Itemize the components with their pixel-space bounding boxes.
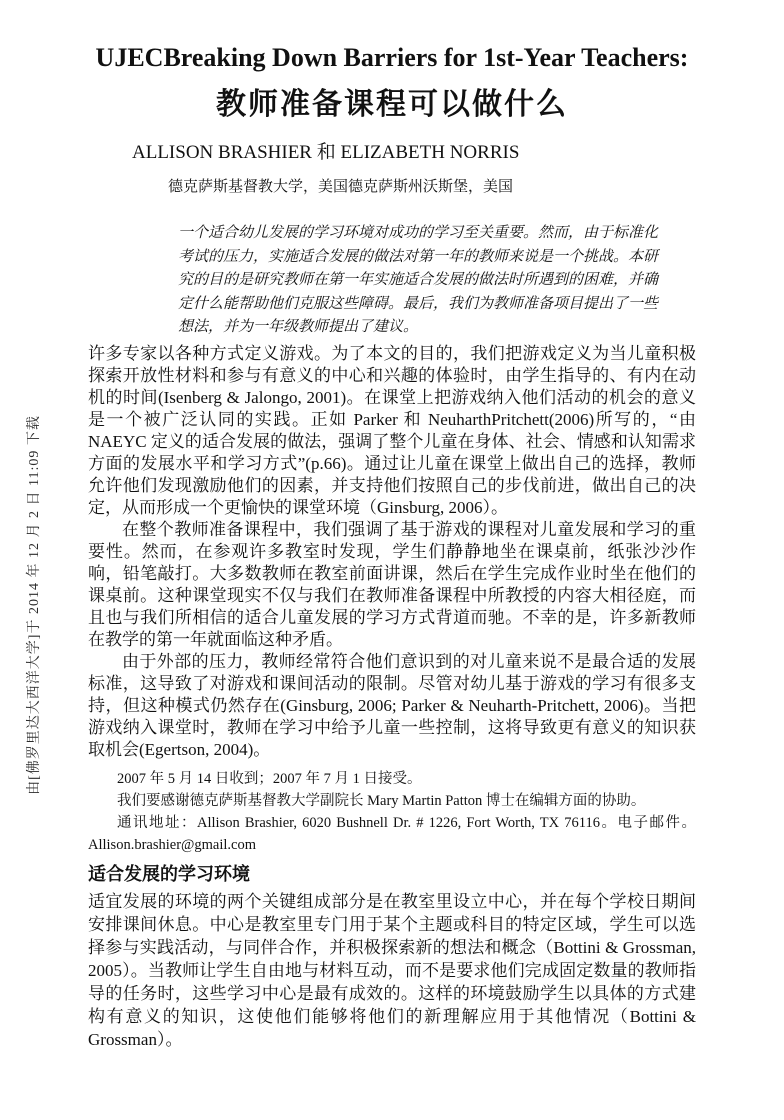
article-body: 许多专家以各种方式定义游戏。为了本文的目的，我们把游戏定义为当儿童积极探索开放性… [88,343,696,761]
footnotes-block: 2007 年 5 月 14 日收到；2007 年 7 月 1 日接受。 我们要感… [88,768,696,856]
footnote-correspondence: 通讯地址：Allison Brashier, 6020 Bushnell Dr.… [88,812,696,856]
section-heading: 适合发展的学习环境 [88,862,696,886]
affiliation-line: 德克萨斯基督教大学，美国德克萨斯州沃斯堡，美国 [168,178,696,197]
footnote-received-accepted: 2007 年 5 月 14 日收到；2007 年 7 月 1 日接受。 [88,768,696,790]
document-page: 由[佛罗里达大西洋大学]于 2014 年 12 月 2 日 11:09 下载 U… [0,0,784,1120]
article-title-english: UJECBreaking Down Barriers for 1st-Year … [88,42,696,74]
download-watermark: 由[佛罗里达大西洋大学]于 2014 年 12 月 2 日 11:09 下载 [23,415,43,795]
article-title-chinese: 教师准备课程可以做什么 [88,86,696,124]
body-paragraph-1: 许多专家以各种方式定义游戏。为了本文的目的，我们把游戏定义为当儿童积极探索开放性… [88,343,696,519]
article-content: UJECBreaking Down Barriers for 1st-Year … [88,0,696,1051]
footnote-acknowledgement: 我们要感谢德克萨斯基督教大学副院长 Mary Martin Patton 博士在… [88,790,696,812]
body-paragraph-3: 由于外部的压力，教师经常符合他们意识到的对儿童来说不是最合适的发展标准，这导致了… [88,651,696,761]
section-paragraph: 适宜发展的环境的两个关键组成部分是在教室里设立中心，并在每个学校日期间安排课间休… [88,890,696,1051]
authors-line: ALLISON BRASHIER 和 ELIZABETH NORRIS [132,141,696,164]
body-paragraph-2: 在整个教师准备课程中，我们强调了基于游戏的课程对儿童发展和学习的重要性。然而，在… [88,519,696,651]
abstract-text: 一个适合幼儿发展的学习环境对成功的学习至关重要。然而，由于标准化考试的压力，实施… [178,222,658,340]
